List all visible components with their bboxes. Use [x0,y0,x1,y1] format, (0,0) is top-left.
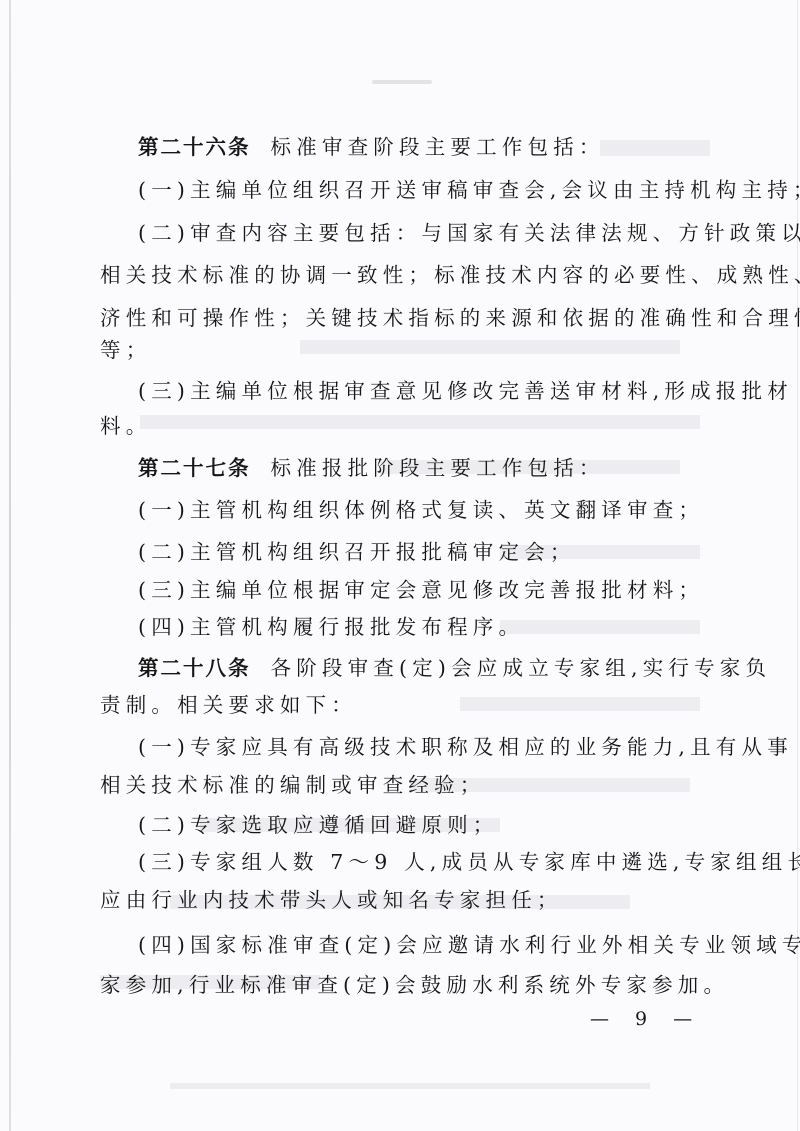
article-28-item-3-line-2: 应由行业内技术带头人或知名专家担任； [0,888,800,912]
article-26-item-3-line-1: (三)主编单位根据审查意见修改完善送审材料,形成报批材 [0,379,800,403]
article-26-item-2-line-2: 相关技术标准的协调一致性；标准技术内容的必要性、成熟性、经 [0,263,800,287]
article-27-item-2: (二)主管机构组织召开报批稿审定会； [0,540,800,564]
article-28-item-4-line-1: (四)国家标准审查(定)会应邀请水利行业外相关专业领域专 [0,933,800,957]
article-28-item-2: (二)专家选取应遵循回避原则； [0,813,800,837]
article-26-heading: 第二十六条标准审查阶段主要工作包括： [0,135,800,159]
article-26-item-1: (一)主编单位组织召开送审稿审查会,会议由主持机构主持； [0,178,800,202]
article-28-item-3-line-1: (三)专家组人数 7～9 人,成员从专家库中遴选,专家组组长 [0,850,800,874]
article-28-item-1-line-1: (一)专家应具有高级技术职称及相应的业务能力,且有从事 [0,735,800,759]
article-28-item-1-line-2: 相关技术标准的编制或审查经验； [0,773,800,797]
article-28-heading: 第二十八条各阶段审查(定)会应成立专家组,实行专家负 [0,656,800,680]
article-26-item-2-line-4: 等； [0,338,800,362]
page-number: — 9 — [590,1008,702,1030]
article-26-item-3-line-2: 料。 [0,414,800,438]
article-heading: 标准报批阶段主要工作包括： [271,456,605,480]
article-number: 第二十六条 [138,135,251,159]
article-heading: 各阶段审查(定)会应成立专家组,实行专家负 [271,656,772,680]
article-27-item-3: (三)主编单位根据审定会意见修改完善报批材料； [0,578,800,602]
article-27-item-1: (一)主管机构组织体例格式复读、英文翻译审查； [0,498,800,522]
article-27-heading: 第二十七条标准报批阶段主要工作包括： [0,456,800,480]
article-number: 第二十八条 [138,656,251,680]
article-28-heading-continuation: 责制。相关要求如下： [0,693,800,717]
article-28-item-4-line-2: 家参加,行业标准审查(定)会鼓励水利系统外专家参加。 [0,973,800,997]
article-26-item-2-line-3: 济性和可操作性；关键技术指标的来源和依据的准确性和合理性 [0,306,800,330]
article-heading: 标准审查阶段主要工作包括： [271,135,605,159]
article-number: 第二十七条 [138,456,251,480]
article-26-item-2-line-1: (二)审查内容主要包括：与国家有关法律法规、方针政策以及 [0,221,800,245]
document-page: 第二十六条标准审查阶段主要工作包括： (一)主编单位组织召开送审稿审查会,会议由… [0,0,800,1131]
article-27-item-4: (四)主管机构履行报批发布程序。 [0,615,800,639]
